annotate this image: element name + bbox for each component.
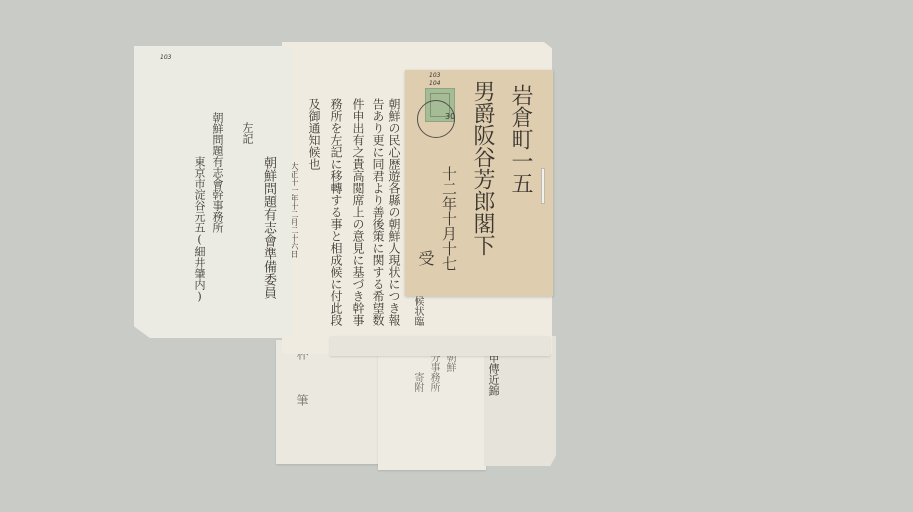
pencil-char: 筆	[296, 394, 308, 406]
paper-strip	[330, 336, 550, 356]
staple	[541, 168, 545, 204]
address-line-1: 岩倉町一五	[509, 84, 531, 194]
heading: 左記	[242, 122, 253, 144]
postmark-value: 30	[445, 112, 455, 121]
letter-column-3: 件申出有之貴高閲席上の意見に基づき幹事	[352, 98, 364, 326]
ink-column: 申傳近錦	[488, 352, 499, 396]
postcard: 103 104 30 岩倉町一五 男爵阪谷芳郎閣下 十二年十月十七 受	[405, 70, 553, 296]
postcard-date: 十二年十月十七	[441, 166, 456, 271]
bottom-left-sheet: 朴 筆	[276, 340, 380, 464]
address: 東京市淀谷元五(細井肇内)	[194, 156, 205, 303]
org-name: 朝鮮問題有志會幹事務所	[212, 112, 223, 233]
page-number: 104	[429, 80, 440, 87]
signature: 朝鮮問題有志會準備委員	[262, 156, 275, 299]
letter-column-4: 務所を左記に移轉する事と相成候に付此段	[330, 98, 342, 326]
pencil-column: 寄附	[412, 372, 422, 392]
letter-column-2: 告あり更に同君より善後策に関する希望数	[372, 98, 384, 326]
address-line-2: 男爵阪谷芳郎閣下	[471, 80, 493, 256]
letter-column-5: 及御通知候也	[308, 98, 320, 170]
page-number: 103	[429, 72, 440, 79]
pencil-column: 分事務所	[428, 352, 438, 392]
letter-sheet-left: 103 朝鮮問題有志會準備委員 左記 朝鮮問題有志會幹事務所 東京市淀谷元五(細…	[134, 46, 292, 338]
page-number: 103	[160, 54, 171, 61]
under-postcard-text: 候状臨	[412, 296, 422, 326]
received-mark: 受	[417, 250, 433, 266]
letter-column-1: 朝鮮の民心歴遊各縣の朝鮮人現状につき報	[388, 98, 400, 326]
bottom-middle-sheet: 朝鮮 分事務所 寄附	[378, 342, 486, 470]
